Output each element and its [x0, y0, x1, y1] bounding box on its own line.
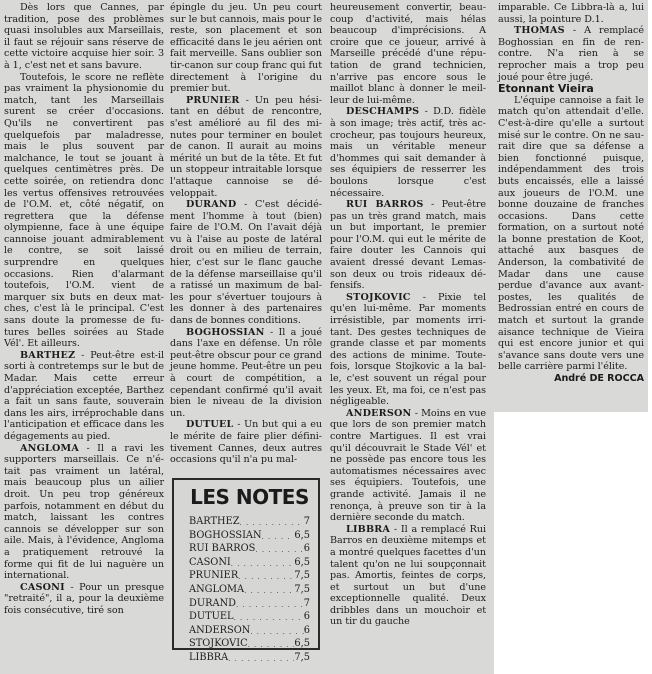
- rating-player: PRUNIER: [189, 570, 238, 584]
- libbra-continued: imparable. Ce Libbra-là a, lui aussi, la…: [498, 2, 644, 25]
- intro-paragraph: Dès lors que Cannes, par tradition, pose…: [4, 2, 164, 72]
- rating-player: RUI BARROS: [189, 543, 255, 557]
- leader-dots: [250, 625, 303, 639]
- player-review-rui-barros: RUI BARROS - Peut-être pas un très grand…: [330, 199, 486, 292]
- player-review-angloma: ANGLOMA - Il a ravi les supporters marse…: [4, 443, 164, 582]
- rating-player: DUTUEL: [189, 611, 234, 625]
- player-review-casoni: CASONI - Pour un presque "retraité", il …: [4, 582, 164, 617]
- player-name: RUI BARROS: [346, 199, 423, 210]
- rating-score: 6: [304, 543, 310, 557]
- cannes-analysis-paragraph: L'équipe cannoise a fait le match qu'on …: [498, 95, 644, 373]
- rating-row: RUI BARROS6: [189, 543, 310, 557]
- rating-score: 7: [304, 598, 310, 612]
- rating-row: LIBBRA7,5: [189, 652, 310, 666]
- rating-score: 6: [304, 611, 310, 625]
- rating-score: 6,5: [294, 557, 310, 571]
- rating-score: 7,5: [294, 652, 310, 666]
- section-subheading: Etonnant Vieira: [498, 83, 644, 95]
- casoni-continued: épingle du jeu. Un peu court sur le but …: [170, 2, 322, 95]
- player-review-anderson: ANDERSON - Moins en vue que lors de son …: [330, 408, 486, 524]
- article-column-2: épingle du jeu. Un peu court sur le but …: [170, 2, 322, 466]
- leader-dots: [234, 611, 304, 625]
- player-name: BARTHEZ: [20, 350, 75, 361]
- player-name: BOGHOSSIAN: [186, 327, 265, 338]
- leader-dots: [236, 598, 304, 612]
- leader-dots: [262, 530, 295, 544]
- player-review-boghossian: BOGHOSSIAN - Il a joué dans l'axe en déf…: [170, 327, 322, 420]
- player-review-text: - Un peu hési­tant en début de rencontre…: [170, 95, 322, 199]
- player-review-dutuel: DUTUEL - Un but qui a eu le mérite de fa…: [170, 419, 322, 465]
- player-name: DESCHAMPS: [346, 106, 419, 117]
- player-name: CASONI: [20, 582, 65, 593]
- article-column-1: Dès lors que Cannes, par tradition, pose…: [4, 2, 164, 616]
- rating-player: STOJKOVIC: [189, 638, 248, 652]
- leader-dots: [228, 652, 294, 666]
- player-name: PRUNIER: [186, 95, 240, 106]
- rating-player: LIBBRA: [189, 652, 228, 666]
- rating-row: DURAND7: [189, 598, 310, 612]
- leader-dots: [231, 557, 295, 571]
- player-review-text: - Moins en vue que lors de son premier m…: [330, 408, 486, 523]
- leader-dots: [255, 543, 303, 557]
- player-review-prunier: PRUNIER - Un peu hési­tant en début de r…: [170, 95, 322, 199]
- rating-score: 6: [304, 625, 310, 639]
- player-name: STOJKOVIC: [346, 292, 411, 303]
- rating-row: ANGLOMA7,5: [189, 584, 310, 598]
- player-review-barthez: BARTHEZ - Peut-être est-il sorti à contr…: [4, 350, 164, 443]
- rating-score: 7,5: [294, 570, 310, 584]
- rating-row: STOJKOVIC6,5: [189, 638, 310, 652]
- dutuel-continued: heureusement convertir, beau­coup d'acti…: [330, 2, 486, 106]
- player-review-deschamps: DESCHAMPS - D.D. fidèle à son image; trè…: [330, 106, 486, 199]
- player-name: THOMAS: [514, 25, 565, 36]
- analysis-paragraph: Toutefois, le score ne re­flète pas vrai…: [4, 72, 164, 350]
- rating-row: ANDERSON6: [189, 625, 310, 639]
- rating-row: PRUNIER7,5: [189, 570, 310, 584]
- player-review-text: - Peut-être est-il sorti à contretemps s…: [4, 350, 164, 442]
- rating-row: CASONI6,5: [189, 557, 310, 571]
- player-review-text: - Il a joué dans l'axe en défense. Un rô…: [170, 327, 322, 419]
- rating-player: ANDERSON: [189, 625, 250, 639]
- player-name: DURAND: [186, 199, 236, 210]
- rating-row: DUTUEL6: [189, 611, 310, 625]
- rating-score: 7: [304, 516, 310, 530]
- player-name: LIBBRA: [346, 524, 390, 535]
- leader-dots: [244, 584, 294, 598]
- ratings-title: LES NOTES: [189, 486, 310, 508]
- rating-player: CASONI: [189, 557, 231, 571]
- rating-score: 7,5: [294, 584, 310, 598]
- article-column-3: heureusement convertir, beau­coup d'acti…: [330, 2, 486, 628]
- player-review-text: - D.D. fidèle à son image; très actif, t…: [330, 106, 486, 198]
- rating-score: 6,5: [294, 638, 310, 652]
- rating-row: BOGHOSSIAN6,5: [189, 530, 310, 544]
- player-review-thomas: THOMAS - A remplacé Boghossian en fin de…: [498, 25, 644, 83]
- player-review-text: - Il a ravi les supporters marseillais. …: [4, 443, 164, 582]
- player-review-text: - Pixie tel qu'en lui-même. Par moments …: [330, 292, 486, 407]
- player-review-text: - Il a remplacé Rui Barros en deuxième m…: [330, 524, 486, 628]
- player-review-text: - Peut-être pas un très grand match, mai…: [330, 199, 486, 291]
- rating-player: DURAND: [189, 598, 236, 612]
- author-byline: André DE ROCCA: [498, 373, 644, 385]
- leader-dots: [238, 570, 294, 584]
- rating-player: BOGHOSSIAN: [189, 530, 262, 544]
- leader-dots: [240, 516, 304, 530]
- ratings-box: LES NOTES BARTHEZ7 BOGHOSSIAN6,5 RUI BAR…: [172, 478, 320, 650]
- article-column-4: imparable. Ce Libbra-là a, lui aussi, la…: [498, 2, 644, 385]
- player-name: ANGLOMA: [20, 443, 79, 454]
- rating-score: 6,5: [294, 530, 310, 544]
- player-name: DUTUEL: [186, 419, 233, 430]
- player-review-durand: DURAND - C'est décidé­ment l'homme à tou…: [170, 199, 322, 327]
- player-name: ANDERSON: [346, 408, 411, 419]
- player-review-libbra: LIBBRA - Il a remplacé Rui Barros en deu…: [330, 524, 486, 628]
- rating-row: BARTHEZ7: [189, 516, 310, 530]
- rating-player: ANGLOMA: [189, 584, 244, 598]
- player-review-text: - C'est décidé­ment l'homme à tout (bien…: [170, 199, 322, 326]
- rating-player: BARTHEZ: [189, 516, 240, 530]
- leader-dots: [248, 638, 295, 652]
- player-review-stojkovic: STOJKOVIC - Pixie tel qu'en lui-même. Pa…: [330, 292, 486, 408]
